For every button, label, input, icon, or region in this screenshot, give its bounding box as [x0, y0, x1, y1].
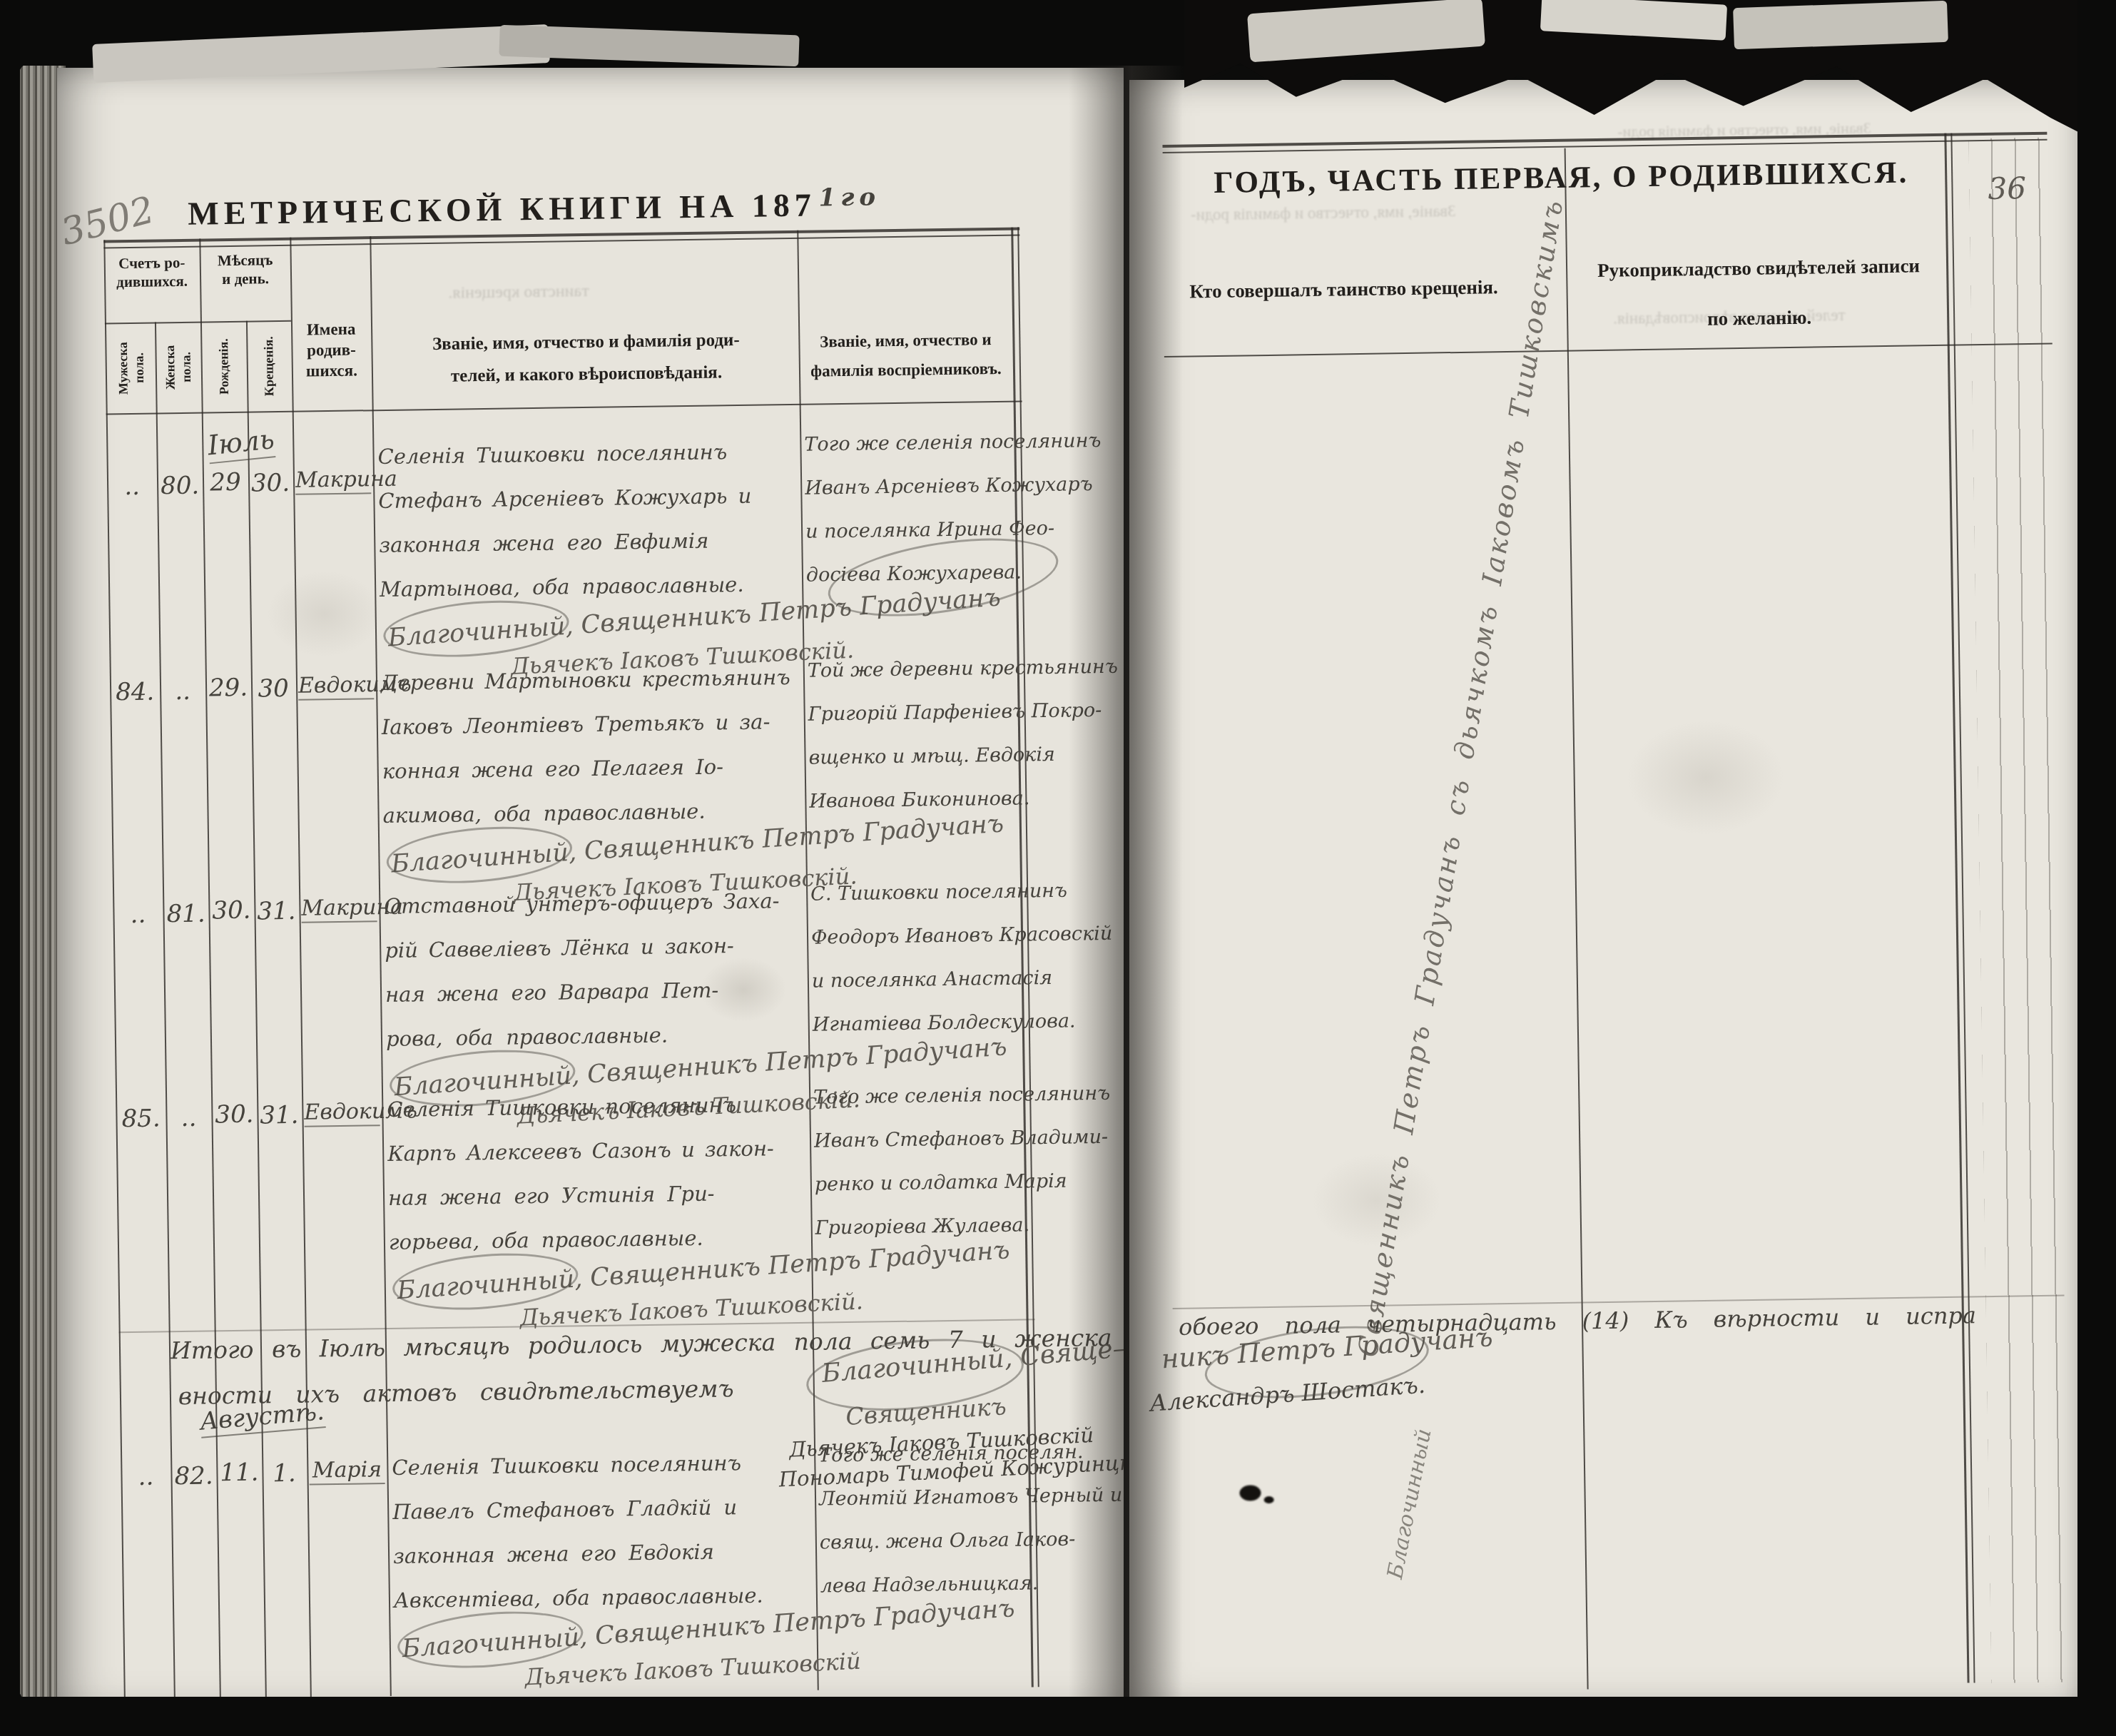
- entry-parents-line: ная жена его Устинія Гри-: [388, 1183, 715, 1210]
- col-header-godparents: Званіе, имя, отчество и фамилія воспріем…: [803, 325, 1009, 387]
- entry-name: Макрина: [295, 467, 372, 494]
- entry-parents-line: Мартынова, оба православные.: [380, 574, 744, 601]
- month-marker-july: Іюль: [206, 425, 276, 464]
- entry-female-count: 81.: [164, 901, 208, 928]
- entry-parents-line: Стефанъ Арсеніевъ Кожухарь и: [378, 485, 751, 513]
- entry-male-count: ..: [110, 473, 155, 500]
- entry-female-count: 82.: [172, 1463, 215, 1490]
- entry-parents-line: законная жена его Евдокія: [393, 1541, 714, 1568]
- entry-baptism-day: 31.: [255, 898, 297, 925]
- bleedthrough-text: телей, и какого вѣроисповѣданія.: [1613, 306, 1846, 328]
- col-header-parents: Званіе, имя, отчество и фамилія роди- те…: [379, 323, 793, 393]
- entry-godparents-line: С. Тишковки поселянинъ: [810, 880, 1067, 905]
- col-divider-officiant-witnesses: [1565, 148, 1589, 1690]
- entry-male-count: ..: [123, 1463, 168, 1491]
- entry-godparents-line: Иванова Биконинова.: [809, 788, 1029, 812]
- next-page-edge-lines: [1968, 138, 2077, 1684]
- table-right-border: [1944, 133, 1969, 1683]
- entry-parents-line: Селенія Тишковки поселянинъ: [387, 1094, 736, 1122]
- entry-female-count: 80.: [158, 473, 202, 500]
- entry-godparents-line: Того же селенія поселян.: [818, 1441, 1084, 1466]
- paper-stain: [1627, 719, 1785, 836]
- col-header-baptized: Крещенія.: [248, 323, 290, 410]
- inventory-number: 3502: [57, 190, 158, 253]
- entry-parents-line: ная жена его Варвара Пет-: [385, 980, 719, 1007]
- table-right-border-inner: [1950, 133, 1975, 1683]
- entry-name: Евдокимъ: [304, 1100, 380, 1127]
- entry-parents-line: конная жена его Пелагея Іо-: [382, 756, 723, 783]
- entry-parents-line: Карпъ Алексеевъ Сазонъ и закон-: [387, 1137, 774, 1165]
- entry-godparents-line: Иванъ Арсеніевъ Кожухаръ: [805, 474, 1093, 499]
- col-header-count-group: Счетъ ро- дившихся.: [106, 253, 199, 292]
- entry-parents-line: горьева, оба православные.: [389, 1227, 703, 1254]
- entry-name: Макрина: [301, 895, 377, 923]
- bleedthrough-text: Званіе, имя, отчество и фамилія роди-: [1191, 202, 1456, 225]
- entry-godparents-line: свящ. жена Ольга Іаков-: [820, 1529, 1076, 1554]
- paper-stain: [267, 570, 382, 657]
- entry-parents-line: Деревни Мартыновки крестьянинъ: [381, 666, 790, 695]
- entry-godparents-line: Феодоръ Ивановъ Красовскій: [811, 923, 1113, 949]
- entry-godparents-line: ренко и солдатка Марія: [815, 1171, 1067, 1196]
- entry-godparents-line: Того же селенія поселянинъ: [804, 430, 1101, 455]
- page-title-year-script: 1го: [818, 183, 880, 212]
- entry-parents-line: Селенія Тишковки поселянинъ: [392, 1452, 741, 1480]
- entry-name: Евдокимъ: [298, 673, 375, 700]
- entry-godparents-line: Того же селенія поселянинъ: [813, 1083, 1110, 1108]
- paper-scrap: [1733, 1, 1948, 49]
- entry-baptism-day: 30.: [250, 470, 292, 497]
- col-header-witnesses: Рукоприкладство свидѣтелей записи по жел…: [1584, 240, 1935, 346]
- entry-parents-line: Авксентіева, оба православные.: [394, 1585, 763, 1613]
- vertical-clergy-note: Благочинный: [1375, 1386, 1444, 1622]
- entry-godparents-line: Леонтій Игнатовъ Черный и: [819, 1485, 1123, 1511]
- entry-parents-line: Іаковъ Леонтіевъ Третьякъ и за-: [382, 711, 770, 738]
- entry-birth-day: 29: [204, 469, 248, 497]
- entry-male-count: 84.: [113, 679, 158, 706]
- page-title: МЕТРИЧЕСКОЙ КНИГИ НА 1871го: [147, 183, 918, 235]
- entry-godparents-line: Григорій Парфеніевъ Покро-: [808, 700, 1102, 725]
- entry-parents-line: Отставной унтеръ-офицеръ Заха-: [384, 890, 779, 918]
- entry-birth-day: 30.: [210, 898, 253, 925]
- bleedthrough-text: Званіе, имя, отчество и фамилія роди-: [1617, 118, 1871, 141]
- diagonal-clergy-inscription: Священникъ Петръ Градучанъ съ дьячкомъ І…: [1353, 298, 1553, 1359]
- entry-baptism-day: 1.: [263, 1461, 305, 1488]
- entry-parents-line: акимова, оба православные.: [382, 801, 705, 828]
- entry-godparents-line: Игнатіева Болдескулова.: [813, 1011, 1076, 1036]
- table-left-border: [103, 240, 126, 1700]
- entry-baptism-day: 30: [253, 676, 295, 703]
- entry-birth-day: 29.: [207, 675, 250, 702]
- entry-godparents-line: досіева Кожухарева.: [806, 562, 1022, 587]
- col-divider-born-bapt: [246, 321, 267, 1698]
- entry-godparents-line: Той же деревни крестьянинъ: [808, 656, 1118, 682]
- photographed-metrical-book: 3502 МЕТРИЧЕСКОЙ КНИГИ НА 1871го Счетъ р…: [0, 0, 2116, 1736]
- page-title-printed: МЕТРИЧЕСКОЙ КНИГИ НА 187: [188, 186, 816, 231]
- ink-blot: [1264, 1496, 1274, 1503]
- entry-birth-day: 11.: [218, 1460, 261, 1487]
- entry-godparents-line: и поселянка Ирина Фео-: [805, 518, 1054, 543]
- entry-godparents-line: вщенко и мѣщ. Евдокія: [808, 744, 1055, 769]
- entry-baptism-day: 31.: [258, 1102, 300, 1130]
- entry-godparents-line: Григоріева Жулаева.: [815, 1214, 1030, 1239]
- right-page-content: ГОДЪ, ЧАСТЬ ПЕРВАЯ, О РОДИВШИХСЯ. 36 Кто…: [1129, 80, 2080, 1698]
- ink-blot: [1239, 1485, 1261, 1501]
- right-page: ГОДЪ, ЧАСТЬ ПЕРВАЯ, О РОДИВШИХСЯ. 36 Кто…: [1129, 80, 2080, 1698]
- entry-parents-line: Селенія Тишковки поселянинъ: [377, 441, 727, 469]
- entry-godparents-line: лева Надзельницкая.: [820, 1573, 1039, 1597]
- col-header-names: Имена родив- шихся.: [293, 319, 370, 382]
- left-page: 3502 МЕТРИЧЕСКОЙ КНИГИ НА 1871го Счетъ р…: [57, 68, 1124, 1702]
- photo-left-border: [0, 0, 20, 1736]
- entry-name: Марія: [309, 1458, 385, 1485]
- left-page-content: 3502 МЕТРИЧЕСКОЙ КНИГИ НА 1871го Счетъ р…: [57, 68, 1124, 1702]
- photo-bottom-border: [0, 1697, 2116, 1736]
- entry-parents-line: рій Саввеліевъ Лёнка и закон-: [385, 935, 734, 963]
- entry-male-count: 85.: [118, 1105, 163, 1132]
- page-header: ГОДЪ, ЧАСТЬ ПЕРВАЯ, О РОДИВШИХСЯ.: [1183, 153, 1940, 203]
- photo-right-border: [2077, 0, 2116, 1736]
- entry-parents-line: рова, оба православные.: [386, 1025, 668, 1051]
- col-header-female: Женска пола.: [156, 325, 200, 411]
- bleedthrough-text: таинство крещенія.: [448, 282, 589, 303]
- entry-godparents-line: Иванъ Стефановъ Владими-: [814, 1127, 1108, 1152]
- entry-birth-day: 30.: [213, 1102, 256, 1129]
- entry-parents-line: законная жена его Евфимія: [379, 530, 708, 557]
- entry-male-count: ..: [116, 901, 161, 928]
- col-divider-male-female: [155, 322, 176, 1699]
- entry-clerk-signature: Дьячекъ Іаковъ Тишковскій: [524, 1649, 862, 1690]
- entry-female-count: ..: [167, 1105, 210, 1132]
- col-header-born: Рожденія.: [202, 324, 246, 410]
- col-header-male: Мужеска пола.: [108, 325, 155, 411]
- col-header-officiant: Кто совершалъ таинство крещенія.: [1140, 275, 1547, 305]
- entry-godparents-line: и поселянка Анастасія: [812, 968, 1053, 992]
- col-header-date-group: Мѣсяцъ и день.: [201, 250, 290, 289]
- entry-parents-line: Павелъ Стефановъ Гладкій и: [392, 1496, 737, 1524]
- entry-female-count: ..: [161, 679, 205, 706]
